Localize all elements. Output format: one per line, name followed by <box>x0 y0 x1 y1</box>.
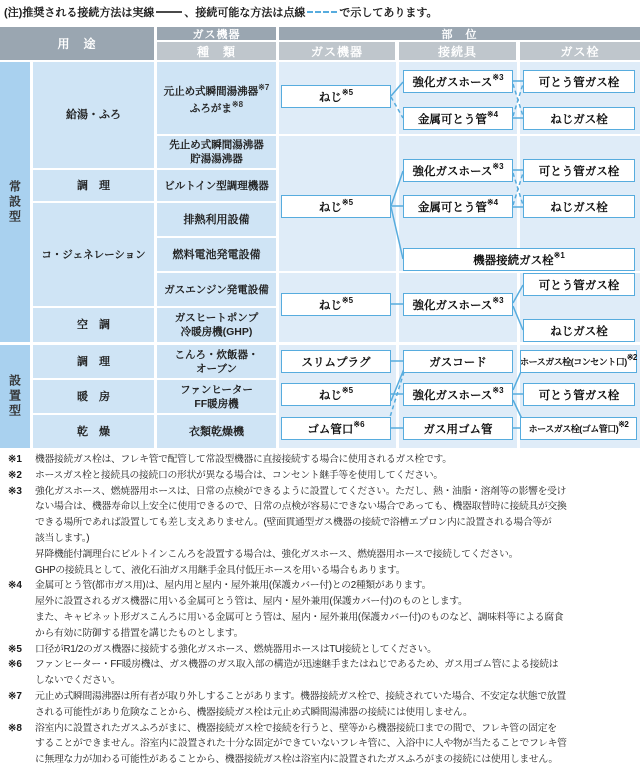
header-bui: 部 位 <box>279 27 640 40</box>
node-kyoka-hose-3: 強化ガスホース※3 <box>403 293 513 316</box>
footnote-line: に無理な力が加わる可能性があることから、機器接続ガス栓は浴室内に設置されたガスふ… <box>35 752 636 768</box>
node-kinzoku-kan-2: 金属可とう管※4 <box>403 195 513 218</box>
node-kato-kan-gassen-1: 可とう管ガス栓 <box>523 70 635 93</box>
solid-line-sample <box>156 11 182 13</box>
shurui-ghp-line2: 冷暖房機(GHP) <box>181 325 253 339</box>
header-yoto: 用 途 <box>0 27 154 60</box>
footnote-line: 強化ガスホース、燃焼器用ホースは、日常の点検ができるように設置してください。ただ… <box>35 484 636 500</box>
footnote-line: ない場合は、機器寿命以上安全に使用できるので、日常の点検が容易にできない場合であ… <box>35 499 636 515</box>
type-josetsu-label: 常設型 <box>7 180 24 225</box>
footnote-4: ※4 金属可とう管(都市ガス用)は、屋内用と屋内・屋外兼用(保護カバー付)との2… <box>8 578 636 641</box>
legend-note-text-1: (注)推奨される接続方法は実線 <box>4 4 154 20</box>
header-shurui: 種 類 <box>157 42 276 60</box>
column-divider <box>396 345 399 448</box>
footnote-line: される可能性があり危険なことから、機器接続ガス栓は元止め式瞬間湯沸器の接続には使… <box>35 705 636 721</box>
yoto-chori-2: 調 理 <box>33 345 154 378</box>
shurui-builtin: ビルトイン型調理機器 <box>157 170 276 201</box>
footnote-line: 浴室内に設置されたガスふろがまに、機器接続ガス栓で接続を行うと、壁等から機器接続… <box>35 721 636 737</box>
legend-note-text-2: 、接続可能な方法は点線 <box>184 4 305 20</box>
dashed-line-sample <box>307 11 337 13</box>
footnote-marker: ※6 <box>8 657 35 689</box>
footnote-line: 昇降機能付調理台にビルトインこんろを設置する場合は、強化ガスホース、燃焼器用ホー… <box>35 547 636 563</box>
footnote-line: GHPの接続具として、液化石油ガス用継手金具付低圧ホースを用いる場合もあります。 <box>35 563 636 579</box>
header-gaskiki-group: ガス機器 <box>157 27 276 40</box>
node-slim-plug: スリムプラグ <box>281 350 391 373</box>
node-kiki-setsuzoku-gassen: 機器接続ガス栓※1 <box>403 248 635 271</box>
node-neji-gassen-1: ねじガス栓 <box>523 107 635 130</box>
legend-note: (注)推奨される接続方法は実線 、接続可能な方法は点線 で示してあります。 <box>4 4 437 20</box>
footnote-marker: ※2 <box>8 468 35 484</box>
shurui-nenryodenchi: 燃料電池発電設備 <box>157 238 276 271</box>
footnote-line: また、キャビネット形ガスこんろに用いる金属可とう管は、屋内・屋外兼用(保護カバー… <box>35 610 636 626</box>
node-neji-2: ねじ※5 <box>281 195 391 218</box>
shurui-fanheater-line1: ファンヒーター <box>180 383 253 397</box>
footnote-marker: ※4 <box>8 578 35 641</box>
shurui-konro-line1: こんろ・炊飯器・ <box>175 348 259 362</box>
shurui-motodome-sup2: ※8 <box>232 100 243 109</box>
node-neji-3: ねじ※5 <box>281 293 391 316</box>
footnote-marker: ※1 <box>8 452 35 468</box>
node-kyoka-hose-2: 強化ガスホース※3 <box>403 159 513 182</box>
shurui-motodome: 元止め式瞬間湯沸器※7 ふろがま※8 <box>157 62 276 134</box>
shurui-kanso-ki: 衣類乾燥機 <box>157 415 276 448</box>
shurui-konro-line2: オーブン <box>196 362 237 376</box>
shurui-sakidome-line2: 貯湯湯沸器 <box>190 152 243 166</box>
footnote-line: できる場所であれば設置しても差し支えありません。(壁面貫通型ガス機器の接続で浴槽… <box>35 515 636 531</box>
shurui-gasengine: ガスエンジン発電設備 <box>157 273 276 306</box>
column-divider <box>396 62 399 134</box>
yoto-kucho: 空 調 <box>33 308 154 342</box>
shurui-motodome-line2: ふろがま <box>190 103 232 115</box>
node-kyoka-hose-4: 強化ガスホース※3 <box>403 383 513 406</box>
node-hose-gassen-gomu: ホースガス栓(ゴム管口)※2 <box>520 417 637 440</box>
footnote-line: 口径がR1/2のガス機器に接続する強化ガスホース、燃焼器用ホースはTU接続として… <box>35 642 636 658</box>
footnote-6: ※6 ファンヒーター・FF暖房機は、ガス機器のガス取入部の構造が迅速継手またはね… <box>8 657 636 689</box>
node-neji-1: ねじ※5 <box>281 85 391 108</box>
node-neji-gassen-3: ねじガス栓 <box>523 319 635 342</box>
column-divider <box>396 136 399 271</box>
footnote-1: ※1 機器接続ガス栓は、フレキ管で配管して常設型機器に直接接続する場合に使用され… <box>8 452 636 468</box>
shurui-motodome-line1: 元止め式瞬間湯沸器 <box>164 85 259 97</box>
footnote-7: ※7 元止め式瞬間湯沸器は所有者が取り外しすることがあります。機器接続ガス栓で、… <box>8 689 636 721</box>
footnote-2: ※2 ホースガス栓と接続具の接続口の形状が異なる場合は、コンセント継手等を使用し… <box>8 468 636 484</box>
column-divider <box>396 273 399 342</box>
shurui-fanheater: ファンヒーター FF暖房機 <box>157 380 276 413</box>
footnote-marker: ※8 <box>8 721 35 768</box>
shurui-sakidome: 先止め式瞬間湯沸器 貯湯湯沸器 <box>157 136 276 168</box>
yoto-kyuto: 給湯・ふろ <box>33 62 154 168</box>
legend-note-text-3: で示してあります。 <box>339 4 437 20</box>
node-gas-yo-gomu-kan: ガス用ゴム管 <box>403 417 513 440</box>
footnote-line: 屋外に設置されるガス機器に用いる金属可とう管は、屋内・屋外兼用(保護カバー付)の… <box>35 594 636 610</box>
node-gas-code: ガスコード <box>403 350 513 373</box>
node-hose-gassen-consento: ホースガス栓(コンセント口)※2 <box>520 350 637 373</box>
footnote-marker: ※3 <box>8 484 35 579</box>
footnote-line: 元止め式瞬間湯沸器は所有者が取り外しすることがあります。機器接続ガス栓で、接続さ… <box>35 689 636 705</box>
shurui-ghp: ガスヒートポンプ 冷暖房機(GHP) <box>157 308 276 342</box>
node-kato-kan-gassen-4: 可とう管ガス栓 <box>523 383 635 406</box>
yoto-chori-1: 調 理 <box>33 170 154 201</box>
shurui-hainetsu: 排熱利用設備 <box>157 203 276 236</box>
node-kato-kan-gassen-2: 可とう管ガス栓 <box>523 159 635 182</box>
document-page: (注)推奨される接続方法は実線 、接続可能な方法は点線 で示してあります。 用 … <box>0 0 640 774</box>
type-josetsu: 常設型 <box>0 62 30 342</box>
column-divider <box>517 273 520 342</box>
type-setchi-label: 設置型 <box>7 374 24 419</box>
shurui-sakidome-line1: 先止め式瞬間湯沸器 <box>169 138 264 152</box>
footnote-line: 金属可とう管(都市ガス用)は、屋内用と屋内・屋外兼用(保護カバー付)との2種類が… <box>35 578 636 594</box>
footnote-5: ※5 口径がR1/2のガス機器に接続する強化ガスホース、燃焼器用ホースはTU接続… <box>8 642 636 658</box>
shurui-konro: こんろ・炊飯器・ オーブン <box>157 345 276 378</box>
footnote-line: 該当します。) <box>35 531 636 547</box>
footnote-line: ホースガス栓と接続具の接続口の形状が異なる場合は、コンセント継手等を使用してくだ… <box>35 468 636 484</box>
shurui-motodome-sup1: ※7 <box>258 83 269 92</box>
footnote-line: から有効に防御する措置を講じたものとします。 <box>35 626 636 642</box>
footnotes: ※1 機器接続ガス栓は、フレキ管で配管して常設型機器に直接接続する場合に使用され… <box>8 452 636 768</box>
footnote-marker: ※7 <box>8 689 35 721</box>
footnote-line: しないでください。 <box>35 673 636 689</box>
footnote-marker: ※5 <box>8 642 35 658</box>
yoto-kanso: 乾 燥 <box>33 415 154 448</box>
yoto-danbo: 暖 房 <box>33 380 154 413</box>
shurui-ghp-line1: ガスヒートポンプ <box>175 311 259 325</box>
footnote-line: することができません。浴室内に設置された十分な固定ができていないフレキ管に、入浴… <box>35 736 636 752</box>
shurui-fanheater-line2: FF暖房機 <box>194 397 238 411</box>
node-kyoka-hose-1: 強化ガスホース※3 <box>403 70 513 93</box>
footnote-line: 機器接続ガス栓は、フレキ管で配管して常設型機器に直接接続する場合に使用されるガス… <box>35 452 636 468</box>
header-setsuzokugu: 接続具 <box>399 42 516 60</box>
footnote-8: ※8 浴室内に設置されたガスふろがまに、機器接続ガス栓で接続を行うと、壁等から機… <box>8 721 636 768</box>
footnote-line: ファンヒーター・FF暖房機は、ガス機器のガス取入部の構造が迅速継手またはねじであ… <box>35 657 636 673</box>
footnote-3: ※3 強化ガスホース、燃焼器用ホースは、日常の点検ができるように設置してください… <box>8 484 636 579</box>
type-setchi: 設置型 <box>0 345 30 448</box>
node-gomu-kan-guchi: ゴム管口※6 <box>281 417 391 440</box>
header-gassen: ガス栓 <box>520 42 640 60</box>
node-neji-gassen-2: ねじガス栓 <box>523 195 635 218</box>
node-neji-4: ねじ※5 <box>281 383 391 406</box>
column-divider <box>517 62 520 134</box>
header-bui-gaskiki: ガス機器 <box>279 42 395 60</box>
yoto-cogene: コ・ジェネレーション <box>33 203 154 306</box>
node-kato-kan-gassen-3: 可とう管ガス栓 <box>523 273 635 296</box>
node-kinzoku-kan-1: 金属可とう管※4 <box>403 107 513 130</box>
